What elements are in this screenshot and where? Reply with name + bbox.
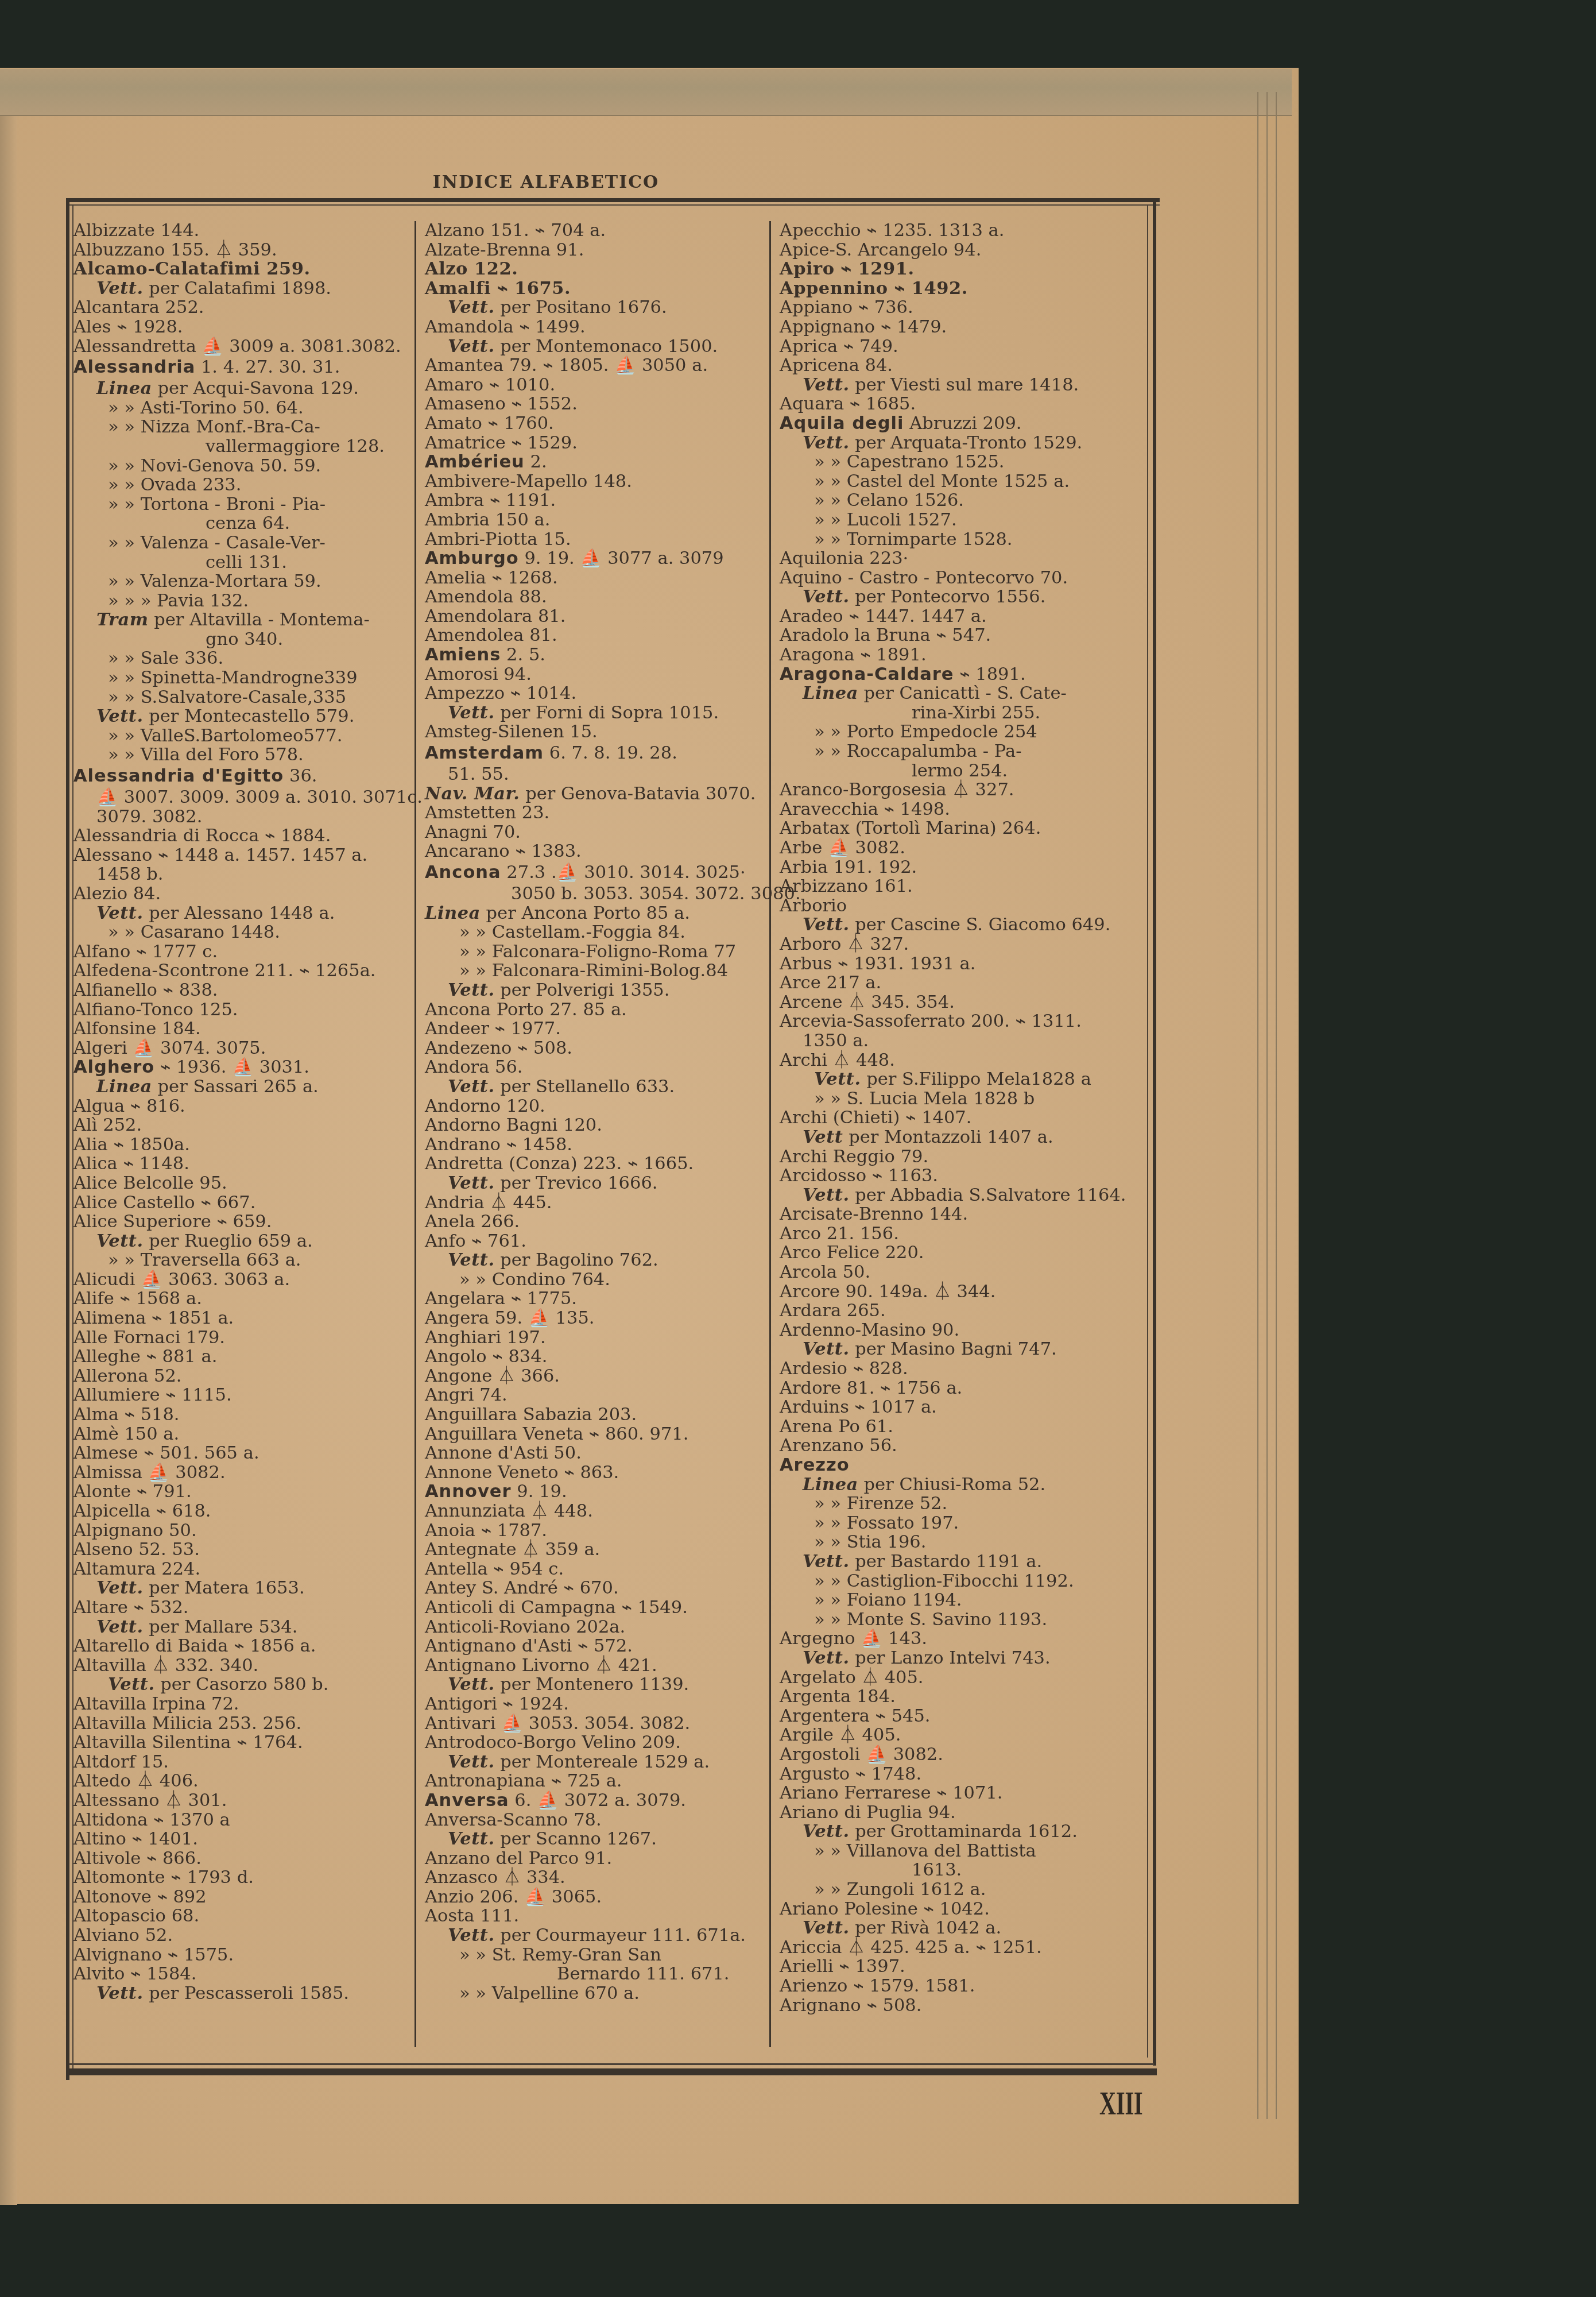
index-entry: Alcamo-Calatafimi 259. xyxy=(73,260,412,279)
service-type-label: Vett. xyxy=(96,706,144,726)
index-entry: Apricena 84. xyxy=(780,356,1136,376)
index-entry: Anzano del Parco 91. xyxy=(425,1849,764,1869)
headword-major: Arezzo xyxy=(780,1455,850,1475)
service-type-label: Vett. xyxy=(803,1917,850,1938)
service-type-label: Vett. xyxy=(96,1617,144,1637)
index-entry: Anticoli-Roviano 202a. xyxy=(425,1618,764,1637)
index-entry: Aquila degli Abruzzi 209. xyxy=(780,414,1136,434)
index-entry: » » Novi-Genova 50. 59. xyxy=(73,457,412,476)
index-entry: celli 131. xyxy=(73,553,412,573)
index-entry: » » Traversella 663 a. xyxy=(73,1251,412,1270)
index-entry: » » Lucoli 1527. xyxy=(780,511,1136,530)
service-type-label: Vett. xyxy=(108,1674,155,1695)
index-entry: Amburgo 9. 19. ⛵ 3077 a. 3079 xyxy=(425,549,764,569)
index-entry: » » Falconara-Rimini-Bolog.84 xyxy=(425,961,764,981)
index-entry: Vett. per Stellanello 633. xyxy=(425,1077,764,1097)
service-type-label: Vett. xyxy=(448,1925,495,1946)
index-entry: Alzano 151. ⌁ 704 a. xyxy=(425,221,764,241)
index-entry: » » Capestrano 1525. xyxy=(780,453,1136,472)
index-entry: Vett. per Polverigi 1355. xyxy=(425,981,764,1000)
index-entry: Alimena ⌁ 1851 a. xyxy=(73,1309,412,1328)
index-entry: Linea per Chiusi-Roma 52. xyxy=(780,1475,1136,1495)
frame-rule-top xyxy=(66,198,1160,202)
index-entry: Vett. per Masino Bagni 747. xyxy=(780,1340,1136,1359)
index-entry: Nav. Mar. per Genova-Batavia 3070. xyxy=(425,784,764,804)
index-entry: » » Villanova del Battista xyxy=(780,1842,1136,1861)
index-entry: » » St. Remy-Gran San xyxy=(425,1946,764,1965)
index-entry: Albuzzano 155. ⏃ 359. xyxy=(73,241,412,260)
index-entry: Archi (Chieti) ⌁ 1407. xyxy=(780,1108,1136,1128)
service-type-label: Vett. xyxy=(96,903,144,923)
index-entry: rina-Xirbi 255. xyxy=(780,703,1136,723)
index-entry: Anoia ⌁ 1787. xyxy=(425,1521,764,1541)
headword-major: Aragona-Caldare xyxy=(780,664,954,685)
index-entry: Alia ⌁ 1850a. xyxy=(73,1135,412,1155)
index-entry: Aradeo ⌁ 1447. 1447 a. xyxy=(780,607,1136,627)
index-entry: Apecchio ⌁ 1235. 1313 a. xyxy=(780,221,1136,241)
index-entry: Ardore 81. ⌁ 1756 a. xyxy=(780,1379,1136,1398)
index-entry: 1350 a. xyxy=(780,1031,1136,1051)
index-entry: Altessano ⏃ 301. xyxy=(73,1791,412,1811)
index-entry: Arbe ⛵ 3082. xyxy=(780,838,1136,858)
index-entry: Ariano Ferrarese ⌁ 1071. xyxy=(780,1784,1136,1803)
index-entry: Alessandria di Rocca ⌁ 1884. xyxy=(73,826,412,846)
service-type-label: Linea xyxy=(803,683,858,703)
index-entry: Anzio 206. ⛵ 3065. xyxy=(425,1888,764,1907)
service-type-label: Linea xyxy=(96,1076,152,1097)
index-entry: Angelara ⌁ 1775. xyxy=(425,1289,764,1309)
index-entry: Anghiari 197. xyxy=(425,1328,764,1348)
index-entry: Antegnate ⏃ 359 a. xyxy=(425,1540,764,1560)
index-entry: Amendolara 81. xyxy=(425,607,764,627)
index-entry: Alica ⌁ 1148. xyxy=(73,1154,412,1174)
index-entry: Vett. per Calatafimi 1898. xyxy=(73,279,412,299)
index-entry: Altavilla Silentina ⌁ 1764. xyxy=(73,1733,412,1753)
index-entry: » » Tortona - Broni - Pia- xyxy=(73,495,412,515)
index-entry: » » » Pavia 132. xyxy=(73,591,412,611)
index-entry: » » Villa del Foro 578. xyxy=(73,745,412,765)
index-entry: Ales ⌁ 1928. xyxy=(73,318,412,337)
index-entry: Anzasco ⏃ 334. xyxy=(425,1868,764,1888)
service-type-label: Vett. xyxy=(803,432,850,453)
index-entry: Arena Po 61. xyxy=(780,1417,1136,1437)
index-entry: » » Roccapalumba - Pa- xyxy=(780,742,1136,761)
index-entry: Andorno Bagni 120. xyxy=(425,1116,764,1135)
index-entry: Alezio 84. xyxy=(73,884,412,904)
index-entry: Ancona 27.3 .⛵ 3010. 3014. 3025· xyxy=(425,861,764,884)
index-entry: Angone ⏃ 366. xyxy=(425,1367,764,1386)
index-entry: Arcevia-Sassoferrato 200. ⌁ 1311. xyxy=(780,1012,1136,1031)
index-entry: Alicudi ⛵ 3063. 3063 a. xyxy=(73,1270,412,1290)
index-entry: Allumiere ⌁ 1115. xyxy=(73,1386,412,1405)
index-entry: vallermaggiore 128. xyxy=(73,437,412,457)
index-entry: Altivole ⌁ 866. xyxy=(73,1849,412,1869)
index-entry: Altavilla ⏃ 332. 340. xyxy=(73,1656,412,1676)
service-type-label: Vett. xyxy=(448,980,495,1000)
service-type-label: Vett. xyxy=(96,278,144,299)
service-type-label: Vett. xyxy=(803,374,850,395)
index-entry: Ariccia ⏃ 425. 425 a. ⌁ 1251. xyxy=(780,1938,1136,1958)
index-entry: Altdorf 15. xyxy=(73,1753,412,1772)
index-entry: Antrodoco-Borgo Velino 209. xyxy=(425,1733,764,1753)
index-entry: Vett. per Scanno 1267. xyxy=(425,1830,764,1849)
frame-rule-top-thin xyxy=(66,204,1160,206)
index-entry: Annunziata ⏃ 448. xyxy=(425,1502,764,1521)
service-type-label: Vett. xyxy=(96,1577,144,1598)
index-entry: 1613. xyxy=(780,1861,1136,1880)
index-entry: 51. 55. xyxy=(425,765,764,784)
index-entry: Vett. per Forni di Sopra 1015. xyxy=(425,703,764,723)
index-entry: Aquino - Castro - Pontecorvo 70. xyxy=(780,569,1136,588)
index-entry: Arbatax (Tortolì Marina) 264. xyxy=(780,819,1136,838)
index-entry: » » Asti-Torino 50. 64. xyxy=(73,399,412,418)
headword-major: Amsterdam xyxy=(425,743,544,763)
service-type-label: Nav. Mar. xyxy=(425,783,520,804)
index-entry: Andria ⏃ 445. xyxy=(425,1193,764,1213)
index-entry: Vett. per Rivà 1042 a. xyxy=(780,1919,1136,1938)
index-entry: Ardara 265. xyxy=(780,1301,1136,1321)
index-entry: Vett. per Pontecorvo 1556. xyxy=(780,587,1136,607)
index-entry: » » Valenza - Casale-Ver- xyxy=(73,533,412,553)
service-type-label: Vett. xyxy=(803,1821,850,1842)
index-entry: Antey S. André ⌁ 670. xyxy=(425,1579,764,1598)
index-entry: Aragona ⌁ 1891. xyxy=(780,645,1136,665)
index-entry: » » Fossato 197. xyxy=(780,1514,1136,1533)
frame-rule-bottom xyxy=(66,2068,1157,2075)
index-entry: Amsteg-Silenen 15. xyxy=(425,722,764,742)
headword-major: Amburgo xyxy=(425,548,519,569)
headword-major: Anversa xyxy=(425,1791,509,1811)
index-entry: Altarello di Baida ⌁ 1856 a. xyxy=(73,1637,412,1656)
index-entry: Alessandria d'Egitto 36. xyxy=(73,765,412,788)
index-entry: Algeri ⛵ 3074. 3075. xyxy=(73,1039,412,1058)
index-entry: Alessandria 1. 4. 27. 30. 31. xyxy=(73,356,412,379)
index-entry: » » Castel del Monte 1525 a. xyxy=(780,472,1136,492)
index-entry: Alzo 122. xyxy=(425,260,764,279)
service-type-label: Vett. xyxy=(803,1185,850,1205)
index-entry: Anversa 6. ⛵ 3072 a. 3079. xyxy=(425,1791,764,1811)
index-entry: Antella ⌁ 954 c. xyxy=(425,1560,764,1579)
service-type-label: Vett. xyxy=(448,1828,495,1849)
index-entry: Alghero ⌁ 1936. ⛵ 3031. xyxy=(73,1058,412,1077)
index-entry: Angolo ⌁ 834. xyxy=(425,1347,764,1367)
index-entry: Amaseno ⌁ 1552. xyxy=(425,395,764,414)
index-entry: Vett. per Pescasseroli 1585. xyxy=(73,1984,412,2004)
service-type-label: Vett. xyxy=(803,586,850,607)
index-entry: 3079. 3082. xyxy=(73,807,412,827)
index-entry: Vett. per Montecastello 579. xyxy=(73,707,412,726)
service-type-label: Vett. xyxy=(96,1231,144,1251)
index-entry: Linea per Canicattì - S. Cate- xyxy=(780,684,1136,703)
index-entry: Andretta (Conza) 223. ⌁ 1665. xyxy=(425,1154,764,1174)
index-entry: » » S.Salvatore-Casale,335 xyxy=(73,688,412,707)
index-entry: Alice Castello ⌁ 667. xyxy=(73,1193,412,1213)
service-type-label: Vett. xyxy=(448,336,495,357)
page-gutter xyxy=(0,92,17,2205)
index-entry: Andorno 120. xyxy=(425,1097,764,1116)
index-entry: Alle Fornaci 179. xyxy=(73,1328,412,1348)
index-entry: Altidona ⌁ 1370 a xyxy=(73,1811,412,1830)
index-entry: Antignano d'Asti ⌁ 572. xyxy=(425,1637,764,1656)
index-entry: Aravecchia ⌁ 1498. xyxy=(780,800,1136,819)
index-entry: Amendolea 81. xyxy=(425,626,764,645)
index-entry: Angera 59. ⛵ 135. xyxy=(425,1309,764,1328)
index-column-3: Apecchio ⌁ 1235. 1313 a.Apice-S. Arcange… xyxy=(780,221,1136,2015)
index-entry: Andezeno ⌁ 508. xyxy=(425,1039,764,1058)
index-entry: Alice Belcolle 95. xyxy=(73,1174,412,1193)
index-column-2: Alzano 151. ⌁ 704 a.Alzate-Brenna 91.Alz… xyxy=(425,221,764,2003)
headword-major: Alessandria xyxy=(73,357,195,377)
service-type-label: Linea xyxy=(96,378,152,399)
index-entry: Amaro ⌁ 1010. xyxy=(425,376,764,395)
index-entry: Ampezzo ⌁ 1014. xyxy=(425,684,764,703)
frame-rule-left xyxy=(66,202,69,2080)
index-entry: Vett. per S.Filippo Mela1828 a xyxy=(780,1070,1136,1089)
index-entry: Argusto ⌁ 1748. xyxy=(780,1765,1136,1784)
index-entry: Alzate-Brenna 91. xyxy=(425,241,764,260)
index-entry: Andrano ⌁ 1458. xyxy=(425,1135,764,1155)
index-entry: Vett. per Casorzo 580 b. xyxy=(73,1675,412,1695)
index-entry: Alfano ⌁ 1777 c. xyxy=(73,942,412,962)
headword-major: Amiens xyxy=(425,645,501,665)
index-entry: Anagni 70. xyxy=(425,823,764,842)
index-entry: Argentera ⌁ 545. xyxy=(780,1707,1136,1726)
index-entry: Altopascio 68. xyxy=(73,1907,412,1926)
index-entry: » » Spinetta-Mandrogne339 xyxy=(73,668,412,688)
index-entry: Annone Veneto ⌁ 863. xyxy=(425,1463,764,1483)
index-entry: Argegno ⛵ 143. xyxy=(780,1629,1136,1649)
page-number: XIII xyxy=(1099,2085,1143,2123)
index-entry: Altare ⌁ 532. xyxy=(73,1598,412,1618)
index-entry: Amatrice ⌁ 1529. xyxy=(425,434,764,453)
headword-major: Ancona xyxy=(425,863,501,883)
index-entry: Alseno 52. 53. xyxy=(73,1540,412,1560)
service-type-label: Tram xyxy=(96,609,149,630)
index-entry: Alpicella ⌁ 618. xyxy=(73,1502,412,1521)
index-entry: Alleghe ⌁ 881 a. xyxy=(73,1347,412,1367)
service-type-label: Vett. xyxy=(803,1648,850,1668)
index-entry: Alife ⌁ 1568 a. xyxy=(73,1289,412,1309)
index-entry: Alfianello ⌁ 838. xyxy=(73,981,412,1000)
index-entry: Arcidosso ⌁ 1163. xyxy=(780,1166,1136,1186)
index-entry: Arcore 90. 149a. ⏃ 344. xyxy=(780,1282,1136,1302)
index-entry: Annone d'Asti 50. xyxy=(425,1444,764,1463)
index-entry: Arezzo xyxy=(780,1456,1136,1475)
service-type-label: Linea xyxy=(803,1474,858,1495)
index-entry: 1458 b. xyxy=(73,865,412,884)
service-type-label: Vett. xyxy=(448,1250,495,1270)
index-entry: Ancona Porto 27. 85 a. xyxy=(425,1000,764,1020)
index-entry: Amalfi ⌁ 1675. xyxy=(425,279,764,299)
index-entry: Vett. per Bastardo 1191 a. xyxy=(780,1552,1136,1572)
index-column-1: Albizzate 144.Albuzzano 155. ⏃ 359.Alcam… xyxy=(73,221,412,2003)
index-entry: Archi Reggio 79. xyxy=(780,1147,1136,1167)
index-entry: » » Stia 196. xyxy=(780,1533,1136,1552)
index-entry: Amsterdam 6. 7. 8. 19. 28. xyxy=(425,742,764,765)
index-entry: Arenzano 56. xyxy=(780,1436,1136,1456)
index-entry: Amstetten 23. xyxy=(425,803,764,823)
index-entry: 3050 b. 3053. 3054. 3072. 3080. xyxy=(425,884,764,904)
index-entry: Linea per Sassari 265 a. xyxy=(73,1077,412,1097)
index-entry: Vett. per Trevico 1666. xyxy=(425,1174,764,1193)
index-entry: Ambra ⌁ 1191. xyxy=(425,491,764,511)
index-entry: Arce 217 a. xyxy=(780,973,1136,993)
index-entry: Linea per Ancona Porto 85 a. xyxy=(425,904,764,923)
service-type-label: Linea xyxy=(425,903,481,923)
index-entry: Arielli ⌁ 1397. xyxy=(780,1957,1136,1977)
index-entry: Antignano Livorno ⏃ 421. xyxy=(425,1656,764,1676)
index-entry: Alfiano-Tonco 125. xyxy=(73,1000,412,1020)
index-entry: Arduins ⌁ 1017 a. xyxy=(780,1398,1136,1417)
index-entry: Amelia ⌁ 1268. xyxy=(425,569,764,588)
service-type-label: Vett. xyxy=(448,1751,495,1772)
index-entry: Antivari ⛵ 3053. 3054. 3082. xyxy=(425,1714,764,1734)
index-entry: Arienzo ⌁ 1579. 1581. xyxy=(780,1977,1136,1996)
index-entry: » » Castiglion-Fibocchi 1192. xyxy=(780,1572,1136,1591)
index-entry: Aranco-Borgosesia ⏃ 327. xyxy=(780,780,1136,800)
index-entry: Ancarano ⌁ 1383. xyxy=(425,842,764,861)
index-entry: Altonove ⌁ 892 xyxy=(73,1888,412,1907)
service-type-label: Vett. xyxy=(448,1674,495,1695)
index-entry: Alviano 52. xyxy=(73,1926,412,1946)
index-entry: Anticoli di Campagna ⌁ 1549. xyxy=(425,1598,764,1618)
index-entry: lermo 254. xyxy=(780,761,1136,781)
headword-major: Alessandria d'Egitto xyxy=(73,766,284,786)
index-entry: Alma ⌁ 518. xyxy=(73,1405,412,1425)
index-entry: Alvito ⌁ 1584. xyxy=(73,1965,412,1984)
index-entry: » » Ovada 233. xyxy=(73,475,412,495)
index-entry: Anguillara Veneta ⌁ 860. 971. xyxy=(425,1425,764,1444)
headword-major: Ambérieu xyxy=(425,452,525,472)
index-entry: Ariano Polesine ⌁ 1042. xyxy=(780,1900,1136,1919)
index-entry: Altavilla Milicia 253. 256. xyxy=(73,1714,412,1734)
index-entry: Algua ⌁ 816. xyxy=(73,1097,412,1116)
index-entry: » » Foiano 1194. xyxy=(780,1591,1136,1610)
index-entry: Aprica ⌁ 749. xyxy=(780,337,1136,357)
index-entry: Alice Superiore ⌁ 659. xyxy=(73,1212,412,1232)
frame-rule-right-thin xyxy=(1147,206,1148,2058)
index-entry: Alpignano 50. xyxy=(73,1521,412,1541)
column-divider-2 xyxy=(769,221,771,2047)
index-entry: gno 340. xyxy=(73,630,412,649)
index-entry: Arco Felice 220. xyxy=(780,1243,1136,1263)
index-entry: Archi ⏃ 448. xyxy=(780,1051,1136,1070)
service-type-label: Vett xyxy=(803,1127,843,1147)
index-entry: Aquilonia 223· xyxy=(780,549,1136,569)
index-entry: Vett. per Mallare 534. xyxy=(73,1618,412,1637)
index-entry: » » Condino 764. xyxy=(425,1270,764,1290)
index-entry: Aragona-Caldare ⌁ 1891. xyxy=(780,665,1136,685)
index-entry: Argelato ⏃ 405. xyxy=(780,1668,1136,1688)
page-top-edge xyxy=(0,69,1292,116)
index-entry: Tram per Altavilla - Montema- xyxy=(73,610,412,630)
index-entry: » » Porto Empedocle 254 xyxy=(780,722,1136,742)
headword-major: Annover xyxy=(425,1482,512,1502)
index-entry: Arbus ⌁ 1931. 1931 a. xyxy=(780,954,1136,974)
index-entry: » » Zungoli 1612 a. xyxy=(780,1880,1136,1900)
frame-rule-right xyxy=(1153,202,1156,2066)
index-entry: Anfo ⌁ 761. xyxy=(425,1232,764,1251)
index-entry: Ambérieu 2. xyxy=(425,453,764,472)
index-entry: Vett. per Lanzo Intelvi 743. xyxy=(780,1649,1136,1668)
index-entry: Argenta 184. xyxy=(780,1687,1136,1707)
index-entry: Vett. per Montereale 1529 a. xyxy=(425,1753,764,1772)
index-entry: Ardesio ⌁ 828. xyxy=(780,1359,1136,1379)
index-entry: Vett. per Courmayeur 111. 671a. xyxy=(425,1926,764,1946)
index-entry: Albizzate 144. xyxy=(73,221,412,241)
index-entry: Vett. per Montenero 1139. xyxy=(425,1675,764,1695)
index-entry: Vett. per Alessano 1448 a. xyxy=(73,904,412,923)
index-entry: Alì 252. xyxy=(73,1116,412,1135)
index-entry: Ambria 150 a. xyxy=(425,511,764,530)
index-entry: Ariano di Puglia 94. xyxy=(780,1803,1136,1823)
index-entry: Vett. per Arquata-Tronto 1529. xyxy=(780,434,1136,453)
index-entry: Almè 150 a. xyxy=(73,1425,412,1444)
index-entry: » » Nizza Monf.-Bra-Ca- xyxy=(73,417,412,437)
index-entry: Ambivere-Mapello 148. xyxy=(425,472,764,492)
index-entry: Alonte ⌁ 791. xyxy=(73,1482,412,1502)
index-entry: Amato ⌁ 1760. xyxy=(425,414,764,434)
index-entry: Amorosi 94. xyxy=(425,665,764,685)
index-entry: Andeer ⌁ 1977. xyxy=(425,1019,764,1039)
index-entry: Amiens 2. 5. xyxy=(425,645,764,665)
index-entry: Vett. per Matera 1653. xyxy=(73,1579,412,1598)
index-entry: Bernardo 111. 671. xyxy=(425,1965,764,1984)
index-entry: Antigori ⌁ 1924. xyxy=(425,1695,764,1714)
service-type-label: Vett. xyxy=(448,1076,495,1097)
index-entry: Vett. per Montemonaco 1500. xyxy=(425,337,764,357)
index-entry: » » Monte S. Savino 1193. xyxy=(780,1610,1136,1630)
index-entry: Vett. per Abbadia S.Salvatore 1164. xyxy=(780,1186,1136,1205)
index-entry: Ambri-Piotta 15. xyxy=(425,530,764,550)
page-fore-edge xyxy=(1257,92,1296,2119)
index-entry: Linea per Acqui-Savona 129. xyxy=(73,379,412,399)
index-entry: Amendola 88. xyxy=(425,587,764,607)
index-entry: » » Castellam.-Foggia 84. xyxy=(425,923,764,942)
index-entry: Apiro ⌁ 1291. xyxy=(780,260,1136,279)
service-type-label: Vett. xyxy=(448,297,495,318)
index-entry: Arignano ⌁ 508. xyxy=(780,1996,1136,2016)
index-entry: » » Valpelline 670 a. xyxy=(425,1984,764,2004)
index-entry: Alessandretta ⛵ 3009 a. 3081.3082. xyxy=(73,337,412,357)
index-entry: Arcisate-Brenno 144. xyxy=(780,1205,1136,1224)
index-entry: Altomonte ⌁ 1793 d. xyxy=(73,1868,412,1888)
index-entry: Vett. per Cascine S. Giacomo 649. xyxy=(780,915,1136,935)
service-type-label: Vett. xyxy=(814,1069,861,1089)
service-type-label: Vett. xyxy=(96,1983,144,2004)
index-entry: » » Valenza-Mortara 59. xyxy=(73,572,412,591)
index-entry: Antronapiana ⌁ 725 a. xyxy=(425,1772,764,1791)
service-type-label: Vett. xyxy=(803,914,850,935)
index-entry: Argile ⏃ 405. xyxy=(780,1726,1136,1745)
headword-major: Alghero xyxy=(73,1057,154,1077)
index-entry: Vett. per Grottaminarda 1612. xyxy=(780,1822,1136,1842)
index-entry: ⛵ 3007. 3009. 3009 a. 3010. 3071c. xyxy=(73,788,412,807)
index-entry: Vett per Montazzoli 1407 a. xyxy=(780,1128,1136,1147)
index-entry: » » S. Lucia Mela 1828 b xyxy=(780,1089,1136,1109)
index-entry: Appennino ⌁ 1492. xyxy=(780,279,1136,299)
index-entry: » » Celano 1526. xyxy=(780,491,1136,511)
index-entry: Alvignano ⌁ 1575. xyxy=(73,1946,412,1965)
index-entry: » » ValleS.Bartolomeo577. xyxy=(73,726,412,746)
running-head: INDICE ALFABETICO xyxy=(0,172,1299,192)
index-entry: » » Tornimparte 1528. xyxy=(780,530,1136,550)
index-entry: Apice-S. Arcangelo 94. xyxy=(780,241,1136,260)
index-entry: Andora 56. xyxy=(425,1058,764,1077)
index-entry: Aradolo la Bruna ⌁ 547. xyxy=(780,626,1136,645)
index-entry: Allerona 52. xyxy=(73,1367,412,1386)
index-entry: Amantea 79. ⌁ 1805. ⛵ 3050 a. xyxy=(425,356,764,376)
